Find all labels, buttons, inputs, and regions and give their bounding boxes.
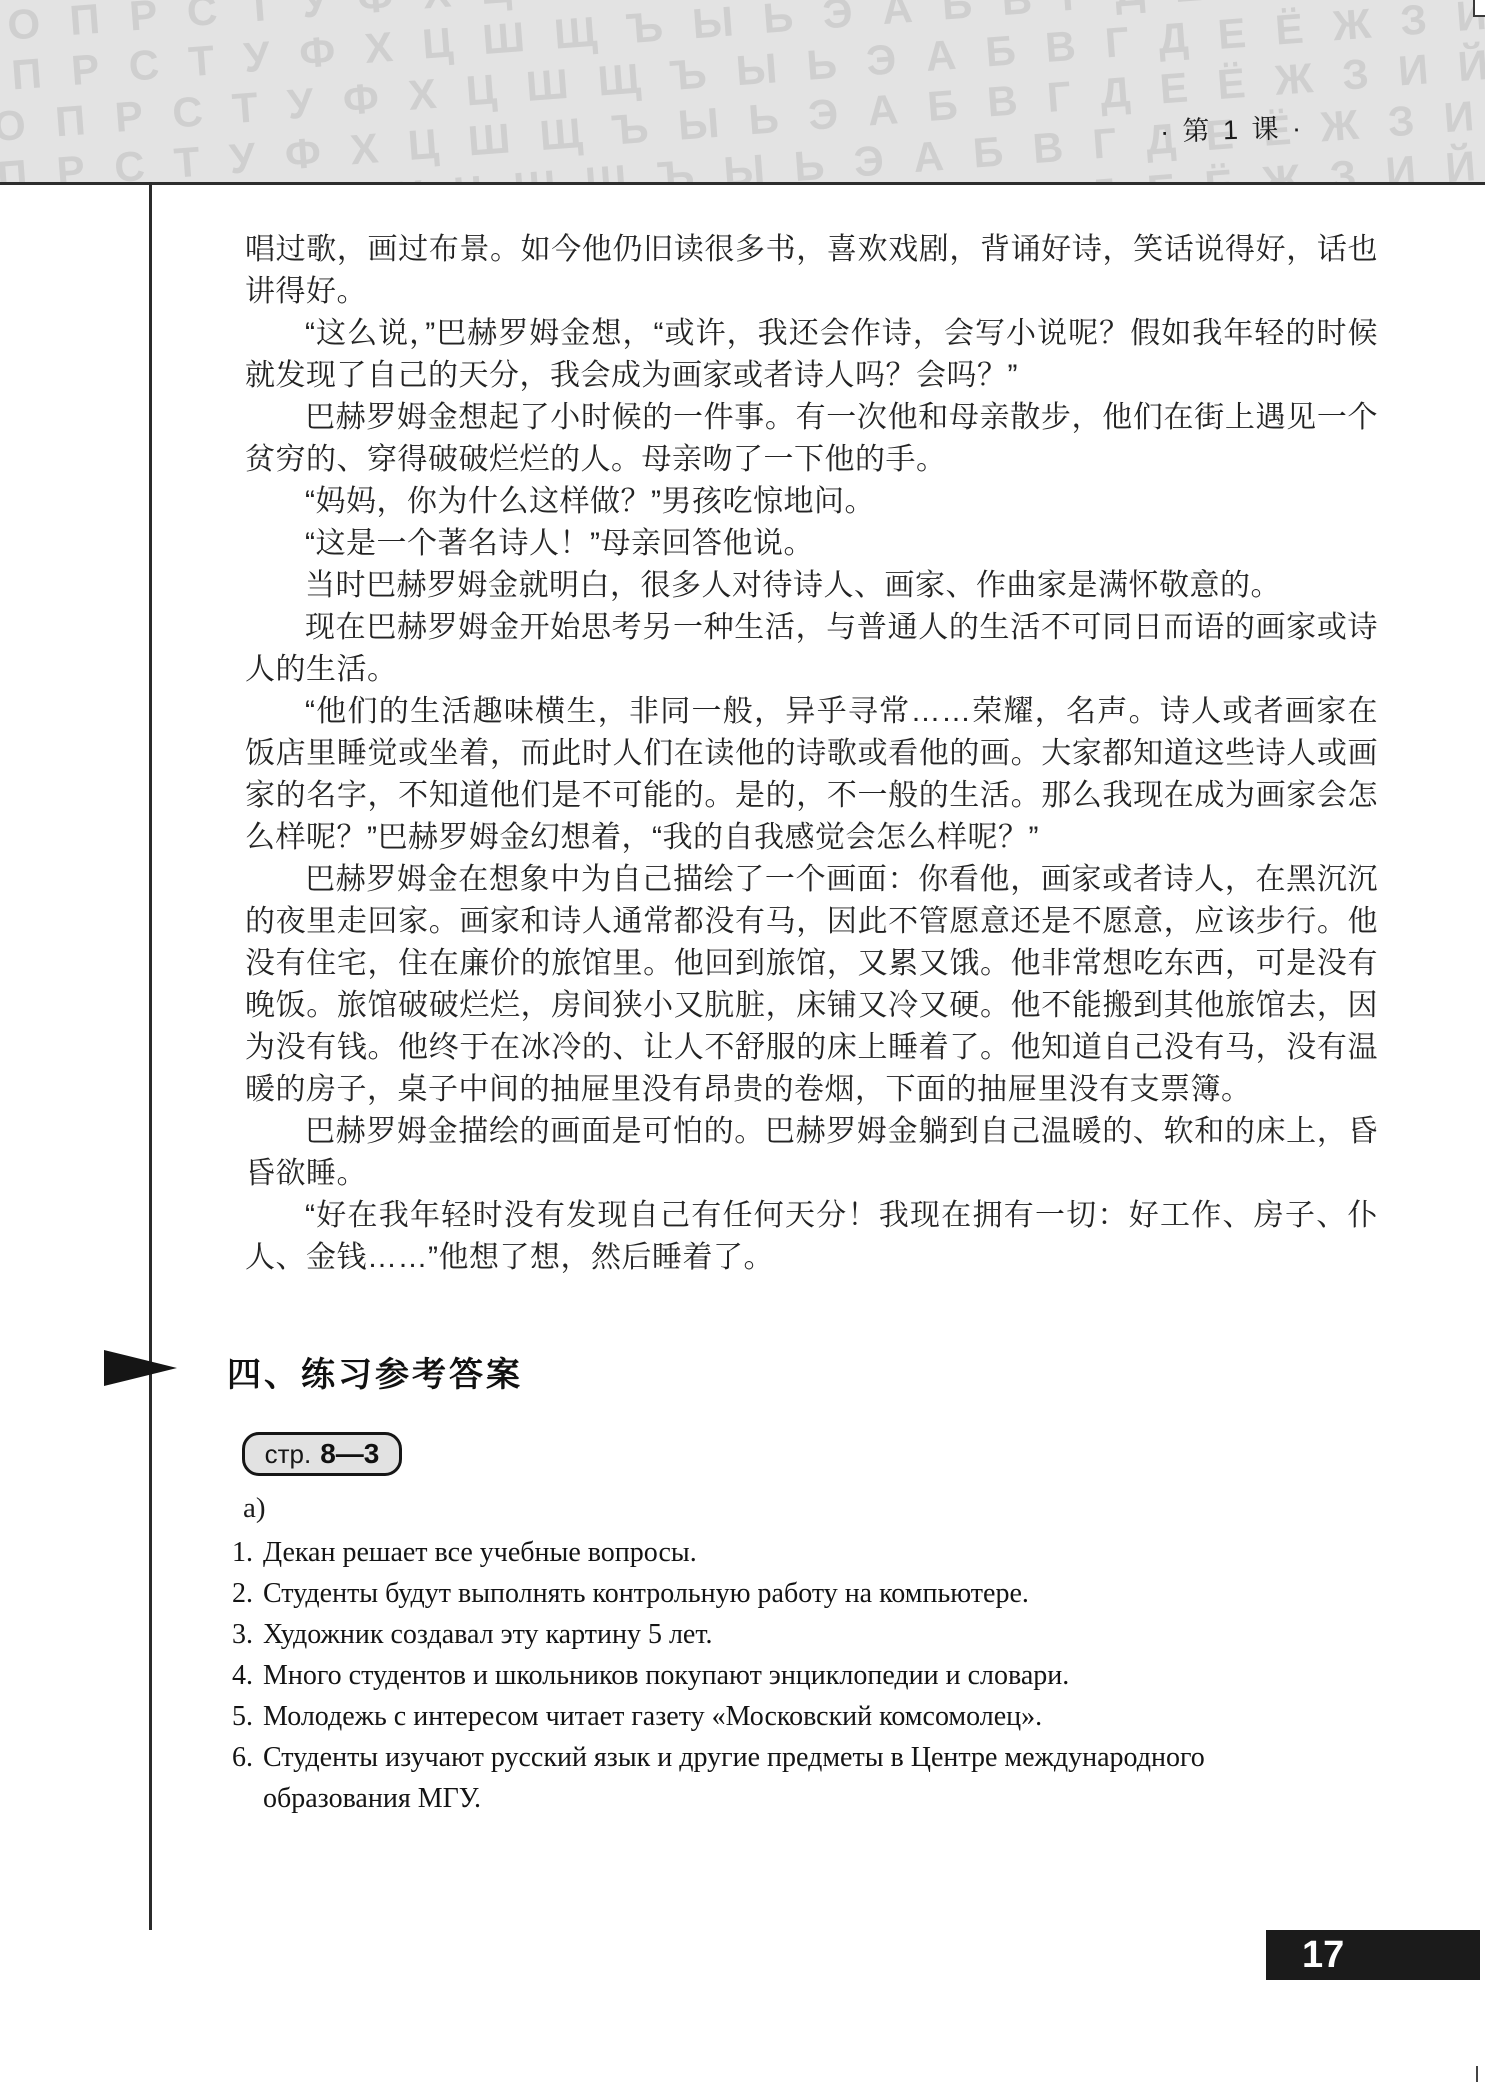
paragraph: “这么说，”巴赫罗姆金想，“或许，我还会作诗，会写小说呢？假如我年轻的时候就发现… (245, 313, 1378, 397)
page-ref-badge: стр. 8—3 (242, 1432, 402, 1476)
list-item: 2. Студенты будут выполнять контрольную … (232, 1573, 1357, 1614)
list-item-text: Студенты изучают русский язык и другие п… (263, 1737, 1357, 1819)
list-item: 1. Декан решает все учебные вопросы. (232, 1532, 1357, 1573)
page-ref-prefix: стр. (265, 1439, 312, 1470)
list-item-text: Художник создавал эту картину 5 лет. (263, 1614, 1357, 1655)
scan-edge-artifact (1476, 2066, 1485, 2082)
list-item: 3. Художник создавал эту картину 5 лет. (232, 1614, 1357, 1655)
list-item-text: Студенты будут выполнять контрольную раб… (263, 1573, 1357, 1614)
paragraph: 巴赫罗姆金在想象中为自己描绘了一个画面：你看他，画家或者诗人，在黑沉沉的夜里走回… (245, 859, 1378, 1111)
scan-corner-artifact (1473, 0, 1485, 17)
paragraph: 当时巴赫罗姆金就明白，很多人对待诗人、画家、作曲家是满怀敬意的。 (245, 565, 1378, 607)
section-arrow-icon (104, 1350, 177, 1386)
list-item-number: 2. (232, 1573, 263, 1614)
list-item-text: Много студентов и школьников покупают эн… (263, 1655, 1357, 1696)
list-item-text: Молодежь с интересом читает газету «Моск… (263, 1696, 1357, 1737)
paragraph: 巴赫罗姆金描绘的画面是可怕的。巴赫罗姆金躺到自己温暖的、软和的床上，昏昏欲睡。 (245, 1111, 1378, 1195)
page-number-badge: 17 (1266, 1930, 1480, 1980)
cyrillic-watermark: М Н О П Р С Т У Ф Х Ц Ш Щ Ъ Ы Ь Э А Б В … (0, 0, 1485, 185)
list-item-number: 1. (232, 1532, 263, 1573)
list-item-number: 5. (232, 1696, 263, 1737)
answer-list: 1. Декан решает все учебные вопросы. 2. … (232, 1532, 1357, 1819)
paragraph: “这是一个著名诗人！”母亲回答他说。 (245, 523, 1378, 565)
paragraph: “他们的生活趣味横生，非同一般，异乎寻常……荣耀，名声。诗人或者画家在饭店里睡觉… (245, 691, 1378, 859)
section-title: 四、练习参考答案 (227, 1347, 523, 1396)
paragraph: “妈妈，你为什么这样做？”男孩吃惊地问。 (245, 481, 1378, 523)
header-banner: М Н О П Р С Т У Ф Х Ц Ш Щ Ъ Ы Ь Э А Б В … (0, 0, 1485, 185)
list-item-number: 6. (232, 1737, 263, 1819)
sublist-label: а) (243, 1492, 266, 1525)
chinese-body-text: 唱过歌，画过布景。如今他仍旧读很多书，喜欢戏剧，背诵好诗，笑话说得好，话也讲得好… (245, 229, 1378, 1279)
page-number: 17 (1302, 1934, 1344, 1977)
list-item-number: 4. (232, 1655, 263, 1696)
paragraph: 巴赫罗姆金想起了小时候的一件事。有一次他和母亲散步，他们在街上遇见一个贫穷的、穿… (245, 397, 1378, 481)
list-item-number: 3. (232, 1614, 263, 1655)
page-ref-range: 8—3 (320, 1438, 379, 1470)
lesson-label: · 第 1 课 · (1160, 106, 1305, 149)
paragraph: “好在我年轻时没有发现自己有任何天分！我现在拥有一切：好工作、房子、仆人、金钱…… (245, 1195, 1378, 1279)
paragraph: 唱过歌，画过布景。如今他仍旧读很多书，喜欢戏剧，背诵好诗，笑话说得好，话也讲得好… (245, 229, 1378, 313)
paragraph: 现在巴赫罗姆金开始思考另一种生活，与普通人的生活不可同日而语的画家或诗人的生活。 (245, 607, 1378, 691)
left-margin-rule (149, 182, 152, 1930)
list-item-text: Декан решает все учебные вопросы. (263, 1532, 1357, 1573)
list-item: 5. Молодежь с интересом читает газету «М… (232, 1696, 1357, 1737)
list-item: 6. Студенты изучают русский язык и други… (232, 1737, 1357, 1819)
scanned-book-page: М Н О П Р С Т У Ф Х Ц Ш Щ Ъ Ы Ь Э А Б В … (0, 0, 1485, 2084)
list-item: 4. Много студентов и школьников покупают… (232, 1655, 1357, 1696)
